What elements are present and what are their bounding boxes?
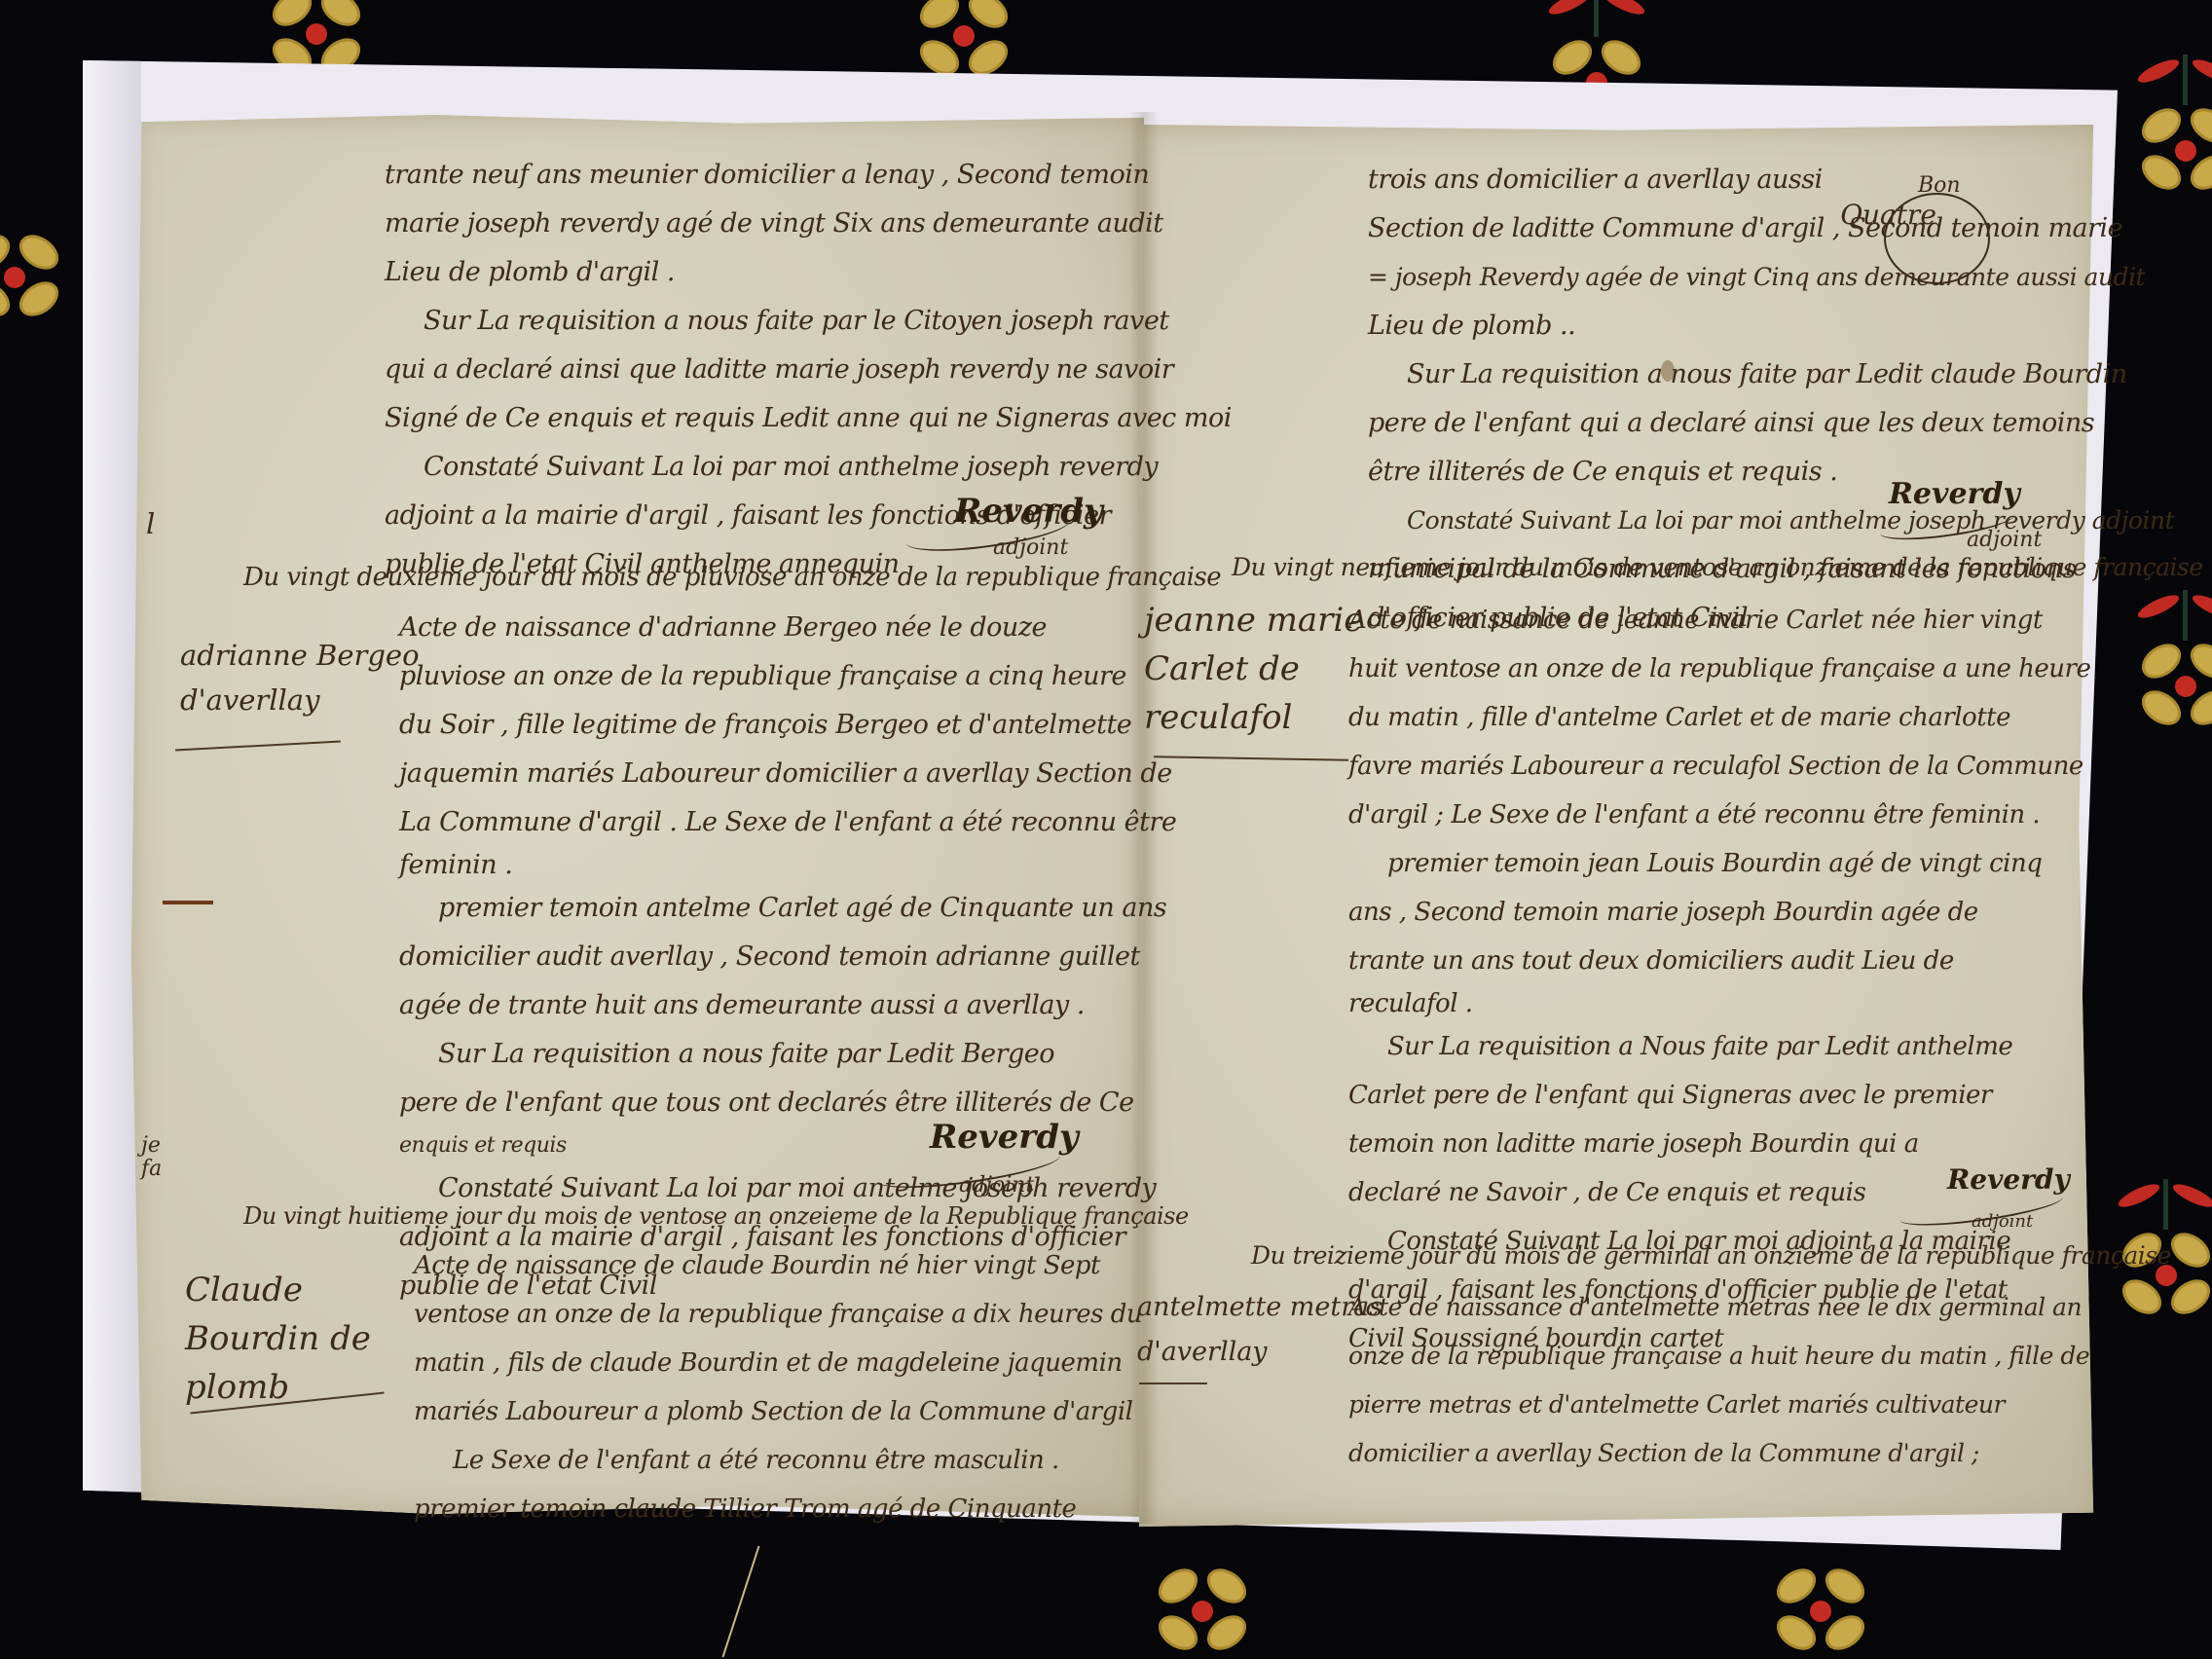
text-line: La Commune d'argil . Le Sexe de l'enfant…: [399, 798, 1176, 847]
text-line: Sur La requisition a nous faite par Ledi…: [1368, 350, 2174, 399]
left-page-continuation: trante neuf ans meunier domicilier a len…: [385, 151, 1232, 589]
margin-name-note: Claude Bourdin de plomb: [185, 1266, 371, 1412]
birth-entry-body: Acte de naissance d'antelmette metras né…: [1348, 1283, 2089, 1478]
entry-heading: Du vingt huitieme jour du mois de ventos…: [243, 1202, 1189, 1230]
margin-mark: l: [146, 501, 155, 546]
entry-heading: Du treizieme jour du mois de germinal an…: [1251, 1241, 2171, 1270]
text-line: être illiterés de Ce enquis et requis .: [1368, 448, 2174, 497]
margin-line: antelmette metras: [1137, 1285, 1382, 1330]
text-line: Sur La requisition a nous faite par le C…: [385, 297, 1232, 346]
margin-name-note: antelmette metras d'averllay: [1137, 1285, 1382, 1375]
margin-line: Claude: [185, 1266, 371, 1314]
margin-line: jeanne marie: [1144, 596, 1363, 645]
text-line: marie joseph reverdy agé de vingt Six an…: [385, 200, 1232, 248]
signature-title: adjoint: [993, 535, 1068, 560]
text-line: Le Sexe de l'enfant a été reconnu être m…: [414, 1436, 1142, 1485]
text-line: reculafol .: [1348, 985, 2090, 1022]
birth-entry-body: Acte de naissance de claude Bourdin né h…: [414, 1241, 1142, 1533]
text-line: Constaté Suivant La loi par moi anthelme…: [1368, 497, 2174, 545]
text-line: domicilier a averllay Section de la Comm…: [1348, 1429, 2089, 1478]
text-line: agée de trante huit ans demeurante aussi…: [399, 981, 1176, 1030]
text-line: mariés Laboureur a plomb Section de la C…: [414, 1387, 1142, 1436]
text-line: pere de l'enfant qui a declaré ainsi que…: [1368, 399, 2174, 448]
margin-line: reculafol: [1144, 693, 1363, 742]
text-line: pierre metras et d'antelmette Carlet mar…: [1348, 1381, 2089, 1429]
text-line: Lieu de plomb ..: [1368, 302, 2174, 350]
text-line: favre mariés Laboureur a reculafol Secti…: [1348, 742, 2090, 791]
paraph-mark: [1884, 193, 1990, 284]
margin-name-note: jeanne marie Carlet de reculafol: [1144, 596, 1363, 742]
margin-line: Bourdin de: [185, 1314, 371, 1363]
cloth-flower-motif: [2132, 633, 2212, 740]
margin-rule: [1139, 1382, 1207, 1384]
text-line: qui a declaré ainsi que laditte marie jo…: [385, 346, 1232, 394]
text-line: trois ans domicilier a averllay aussi: [1368, 156, 2174, 204]
margin-line: d'averllay: [1137, 1330, 1382, 1375]
text-line: Constaté Suivant La loi par moi anthelme…: [385, 443, 1232, 492]
cloth-flower-motif: [1149, 1558, 1256, 1659]
margin-mark: je fa: [141, 1134, 170, 1181]
cloth-flower-motif: [2113, 1222, 2212, 1329]
margin-line: d'averllay: [180, 678, 420, 722]
text-line: du matin , fille d'antelme Carlet et de …: [1348, 693, 2090, 742]
cloth-flower-motif: [1767, 1558, 1874, 1659]
cloth-flower-motif: [0, 224, 68, 331]
text-line: = joseph Reverdy agée de vingt Cinq ans …: [1368, 253, 2174, 302]
text-line: Lieu de plomb d'argil .: [385, 248, 1232, 297]
text-line: Carlet pere de l'enfant qui Signeras ave…: [1348, 1071, 2090, 1120]
text-line: Acte de naissance d'adrianne Bergeo née …: [399, 604, 1176, 652]
entry-heading: Du vingt neufieme jour du mois de ventos…: [1232, 553, 2203, 581]
text-line: premier temoin claude Tillier Trom agé d…: [414, 1485, 1142, 1533]
signature-title: adjoint: [1972, 1211, 2033, 1232]
text-line: premier temoin antelme Carlet agé de Cin…: [399, 884, 1176, 933]
margin-name-note: adrianne Bergeo d'averllay: [180, 633, 420, 722]
text-line: ans , Second temoin marie joseph Bourdin…: [1348, 888, 2090, 937]
text-line: Signé de Ce enquis et requis Ledit anne …: [385, 394, 1232, 443]
text-line: du Soir , fille legitime de françois Ber…: [399, 701, 1176, 750]
ink-stain: [1661, 360, 1675, 382]
text-line: premier temoin jean Louis Bourdin agé de…: [1348, 839, 2090, 888]
text-line: Sur La requisition a Nous faite par Ledi…: [1348, 1022, 2090, 1071]
signature-title: adjoint: [959, 1173, 1034, 1198]
text-line: d'argil ; Le Sexe de l'enfant a été reco…: [1348, 791, 2090, 839]
binding-thread: [722, 1546, 760, 1658]
text-line: adjoint a la mairie d'argil , faisant le…: [385, 492, 1232, 540]
margin-line: Carlet de: [1144, 645, 1363, 693]
margin-line: adrianne Bergeo: [180, 633, 420, 678]
text-line: matin , fils de claude Bourdin et de mag…: [414, 1339, 1142, 1387]
text-line: domicilier audit averllay , Second temoi…: [399, 933, 1176, 981]
text-line: ventose an onze de la republique françai…: [414, 1290, 1142, 1339]
signature-title: adjoint: [1967, 528, 2042, 552]
text-line: huit ventose an onze de la republique fr…: [1348, 645, 2090, 693]
text-line: Sur La requisition a nous faite par Ledi…: [399, 1030, 1176, 1079]
text-line: pluviose an onze de la republique frança…: [399, 652, 1176, 701]
text-line: Acte de naissance d'antelmette metras né…: [1348, 1283, 2089, 1332]
text-line: trante neuf ans meunier domicilier a len…: [385, 151, 1232, 200]
text-line: Acte de naissance de claude Bourdin né h…: [414, 1241, 1142, 1290]
text-line: Acte de naissance de jeanne marie Carlet…: [1348, 596, 2090, 645]
text-line: Section de laditte Commune d'argil , Sec…: [1368, 204, 2174, 253]
text-line: trante un ans tout deux domiciliers audi…: [1348, 937, 2090, 985]
ink-stroke: [163, 901, 213, 904]
backing-paper-fold: [83, 60, 141, 1550]
text-line: feminin .: [399, 847, 1176, 884]
text-line: onze de la republique française a huit h…: [1348, 1332, 2089, 1381]
text-line: jaquemin mariés Laboureur domicilier a a…: [399, 750, 1176, 798]
text-line: temoin non laditte marie joseph Bourdin …: [1348, 1120, 2090, 1168]
entry-heading: Du vingt deuxieme jour du mois de pluvio…: [243, 563, 1221, 592]
